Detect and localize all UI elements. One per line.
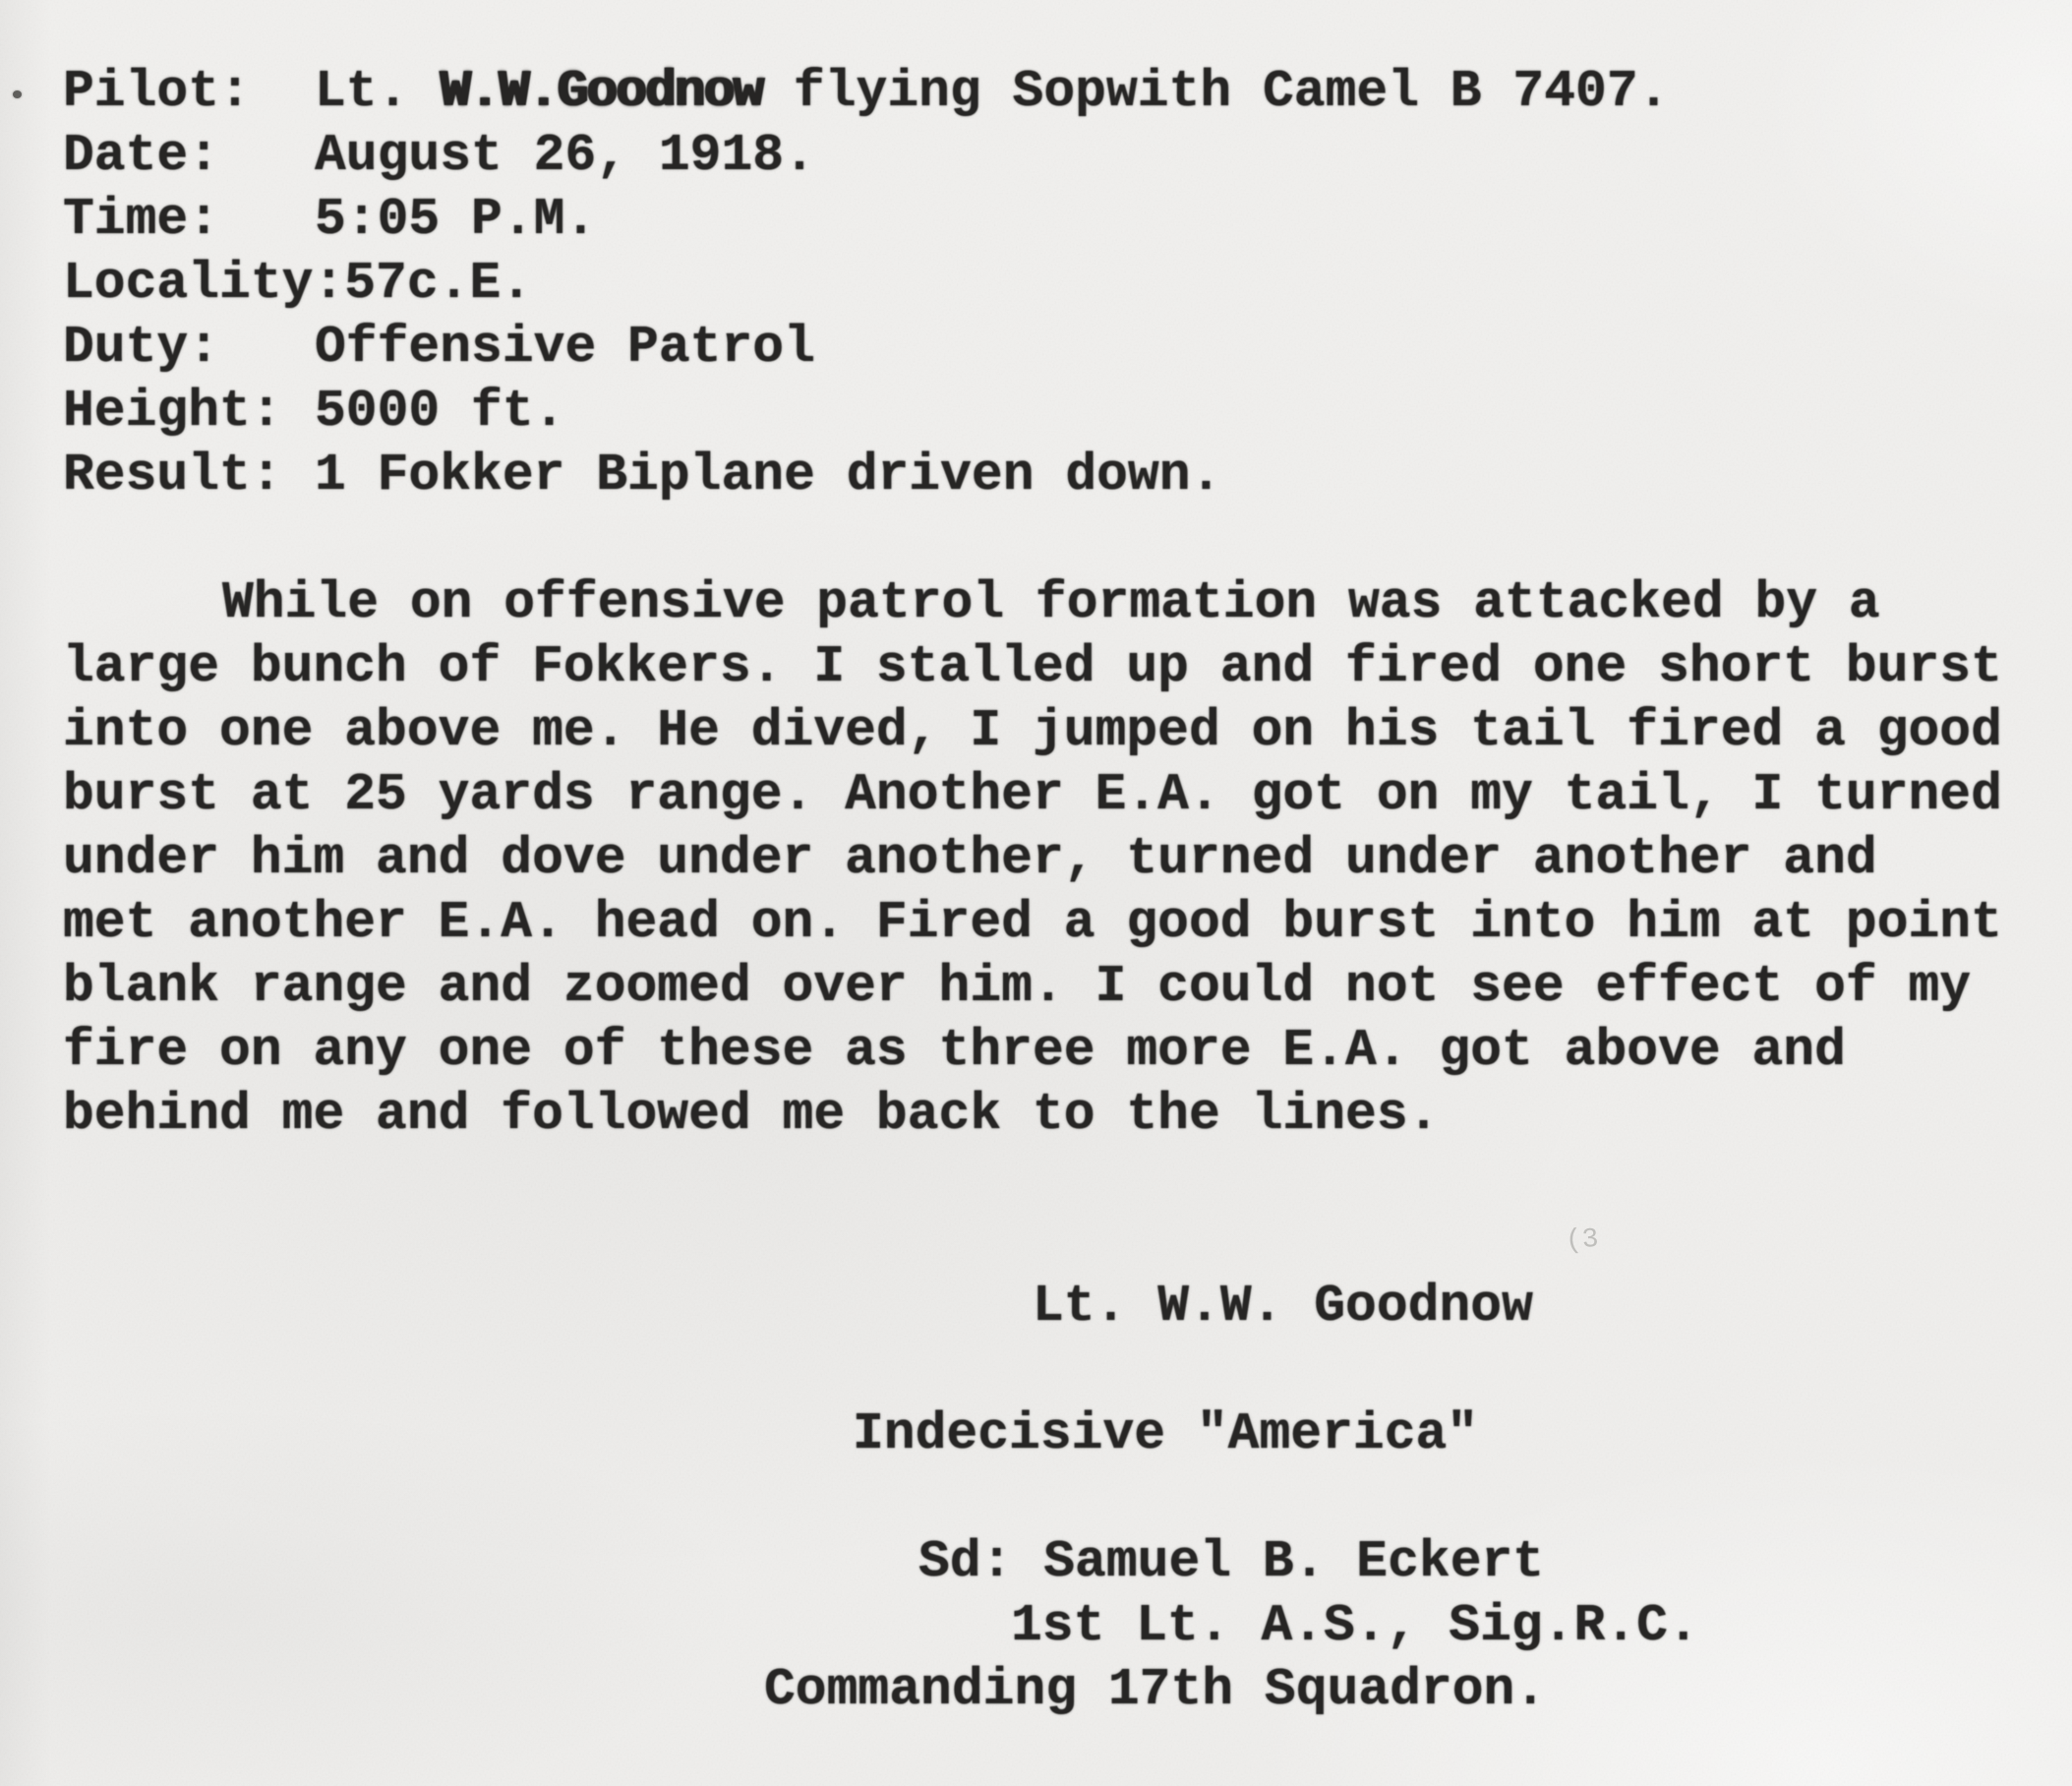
field-date-label: Date:: [63, 124, 315, 188]
report-header-fields: Pilot:Lt. W.W.Goodnow flying Sopwith Cam…: [63, 60, 2072, 507]
narrative-line: blank range and zoomed over him. I could…: [63, 955, 2072, 1019]
narrative-line: While on offensive patrol formation was …: [63, 571, 2072, 635]
field-locality: Locality:57c.E.: [63, 252, 2072, 316]
field-pilot: Pilot:Lt. W.W.Goodnow flying Sopwith Cam…: [63, 60, 2072, 124]
signature-block: Lt. W.W. Goodnow Indecisive "America" Sd…: [63, 1275, 2072, 1722]
field-date-value: August 26, 1918.: [315, 124, 815, 188]
field-time: Time:5:05 P.M.: [63, 188, 2072, 252]
field-duty-value: Offensive Patrol: [315, 316, 815, 380]
field-height: Height:5000 ft.: [63, 380, 2072, 444]
field-result-value: 1 Fokker Biplane driven down.: [315, 444, 1221, 507]
narrative-line: burst at 25 yards range. Another E.A. go…: [63, 763, 2072, 827]
field-locality-label: Locality:: [63, 252, 344, 316]
report-content: Pilot:Lt. W.W.Goodnow flying Sopwith Cam…: [0, 0, 2072, 1722]
field-height-value: 5000 ft.: [315, 380, 564, 444]
field-duty-label: Duty:: [63, 316, 315, 380]
field-pilot-value: Lt. W.W.Goodnow flying Sopwith Camel B 7…: [315, 60, 1669, 124]
narrative-line: met another E.A. head on. Fired a good b…: [63, 891, 2072, 955]
pilot-name-overtyped: W.W.Goodnow: [440, 62, 762, 121]
field-result-label: Result:: [63, 444, 315, 507]
pilot-value-suffix: flying Sopwith Camel B 7407.: [762, 62, 1669, 121]
narrative-line: into one above me. He dived, I jumped on…: [63, 699, 2072, 763]
field-pilot-label: Pilot:: [63, 60, 315, 124]
field-time-value: 5:05 P.M.: [315, 188, 596, 252]
field-height-label: Height:: [63, 380, 315, 444]
pilot-value-prefix: Lt.: [315, 62, 440, 121]
field-result: Result:1 Fokker Biplane driven down.: [63, 444, 2072, 507]
narrative-line: under him and dove under another, turned…: [63, 827, 2072, 891]
field-locality-value: 57c.E.: [344, 252, 532, 316]
narrative-line: behind me and followed me back to the li…: [63, 1083, 2072, 1147]
narrative-line: large bunch of Fokkers. I stalled up and…: [63, 635, 2072, 699]
signer-rank: 1st Lt. A.S., Sig.R.C.: [1011, 1594, 2072, 1658]
narrative-line: fire on any one of these as three more E…: [63, 1019, 2072, 1083]
field-time-label: Time:: [63, 188, 315, 252]
field-duty: Duty:Offensive Patrol: [63, 316, 2072, 380]
report-narrative: While on offensive patrol formation was …: [63, 571, 2072, 1147]
field-date: Date:August 26, 1918.: [63, 124, 2072, 188]
combat-report-scan: (3 Pilot:Lt. W.W.Goodnow flying Sopwith …: [0, 0, 2072, 1786]
signer-command: Commanding 17th Squadron.: [764, 1658, 2072, 1722]
combat-classification: Indecisive "America": [853, 1402, 2072, 1466]
pilot-signature: Lt. W.W. Goodnow: [1033, 1275, 2072, 1339]
signed-by: Sd: Samuel B. Eckert: [918, 1530, 2072, 1594]
